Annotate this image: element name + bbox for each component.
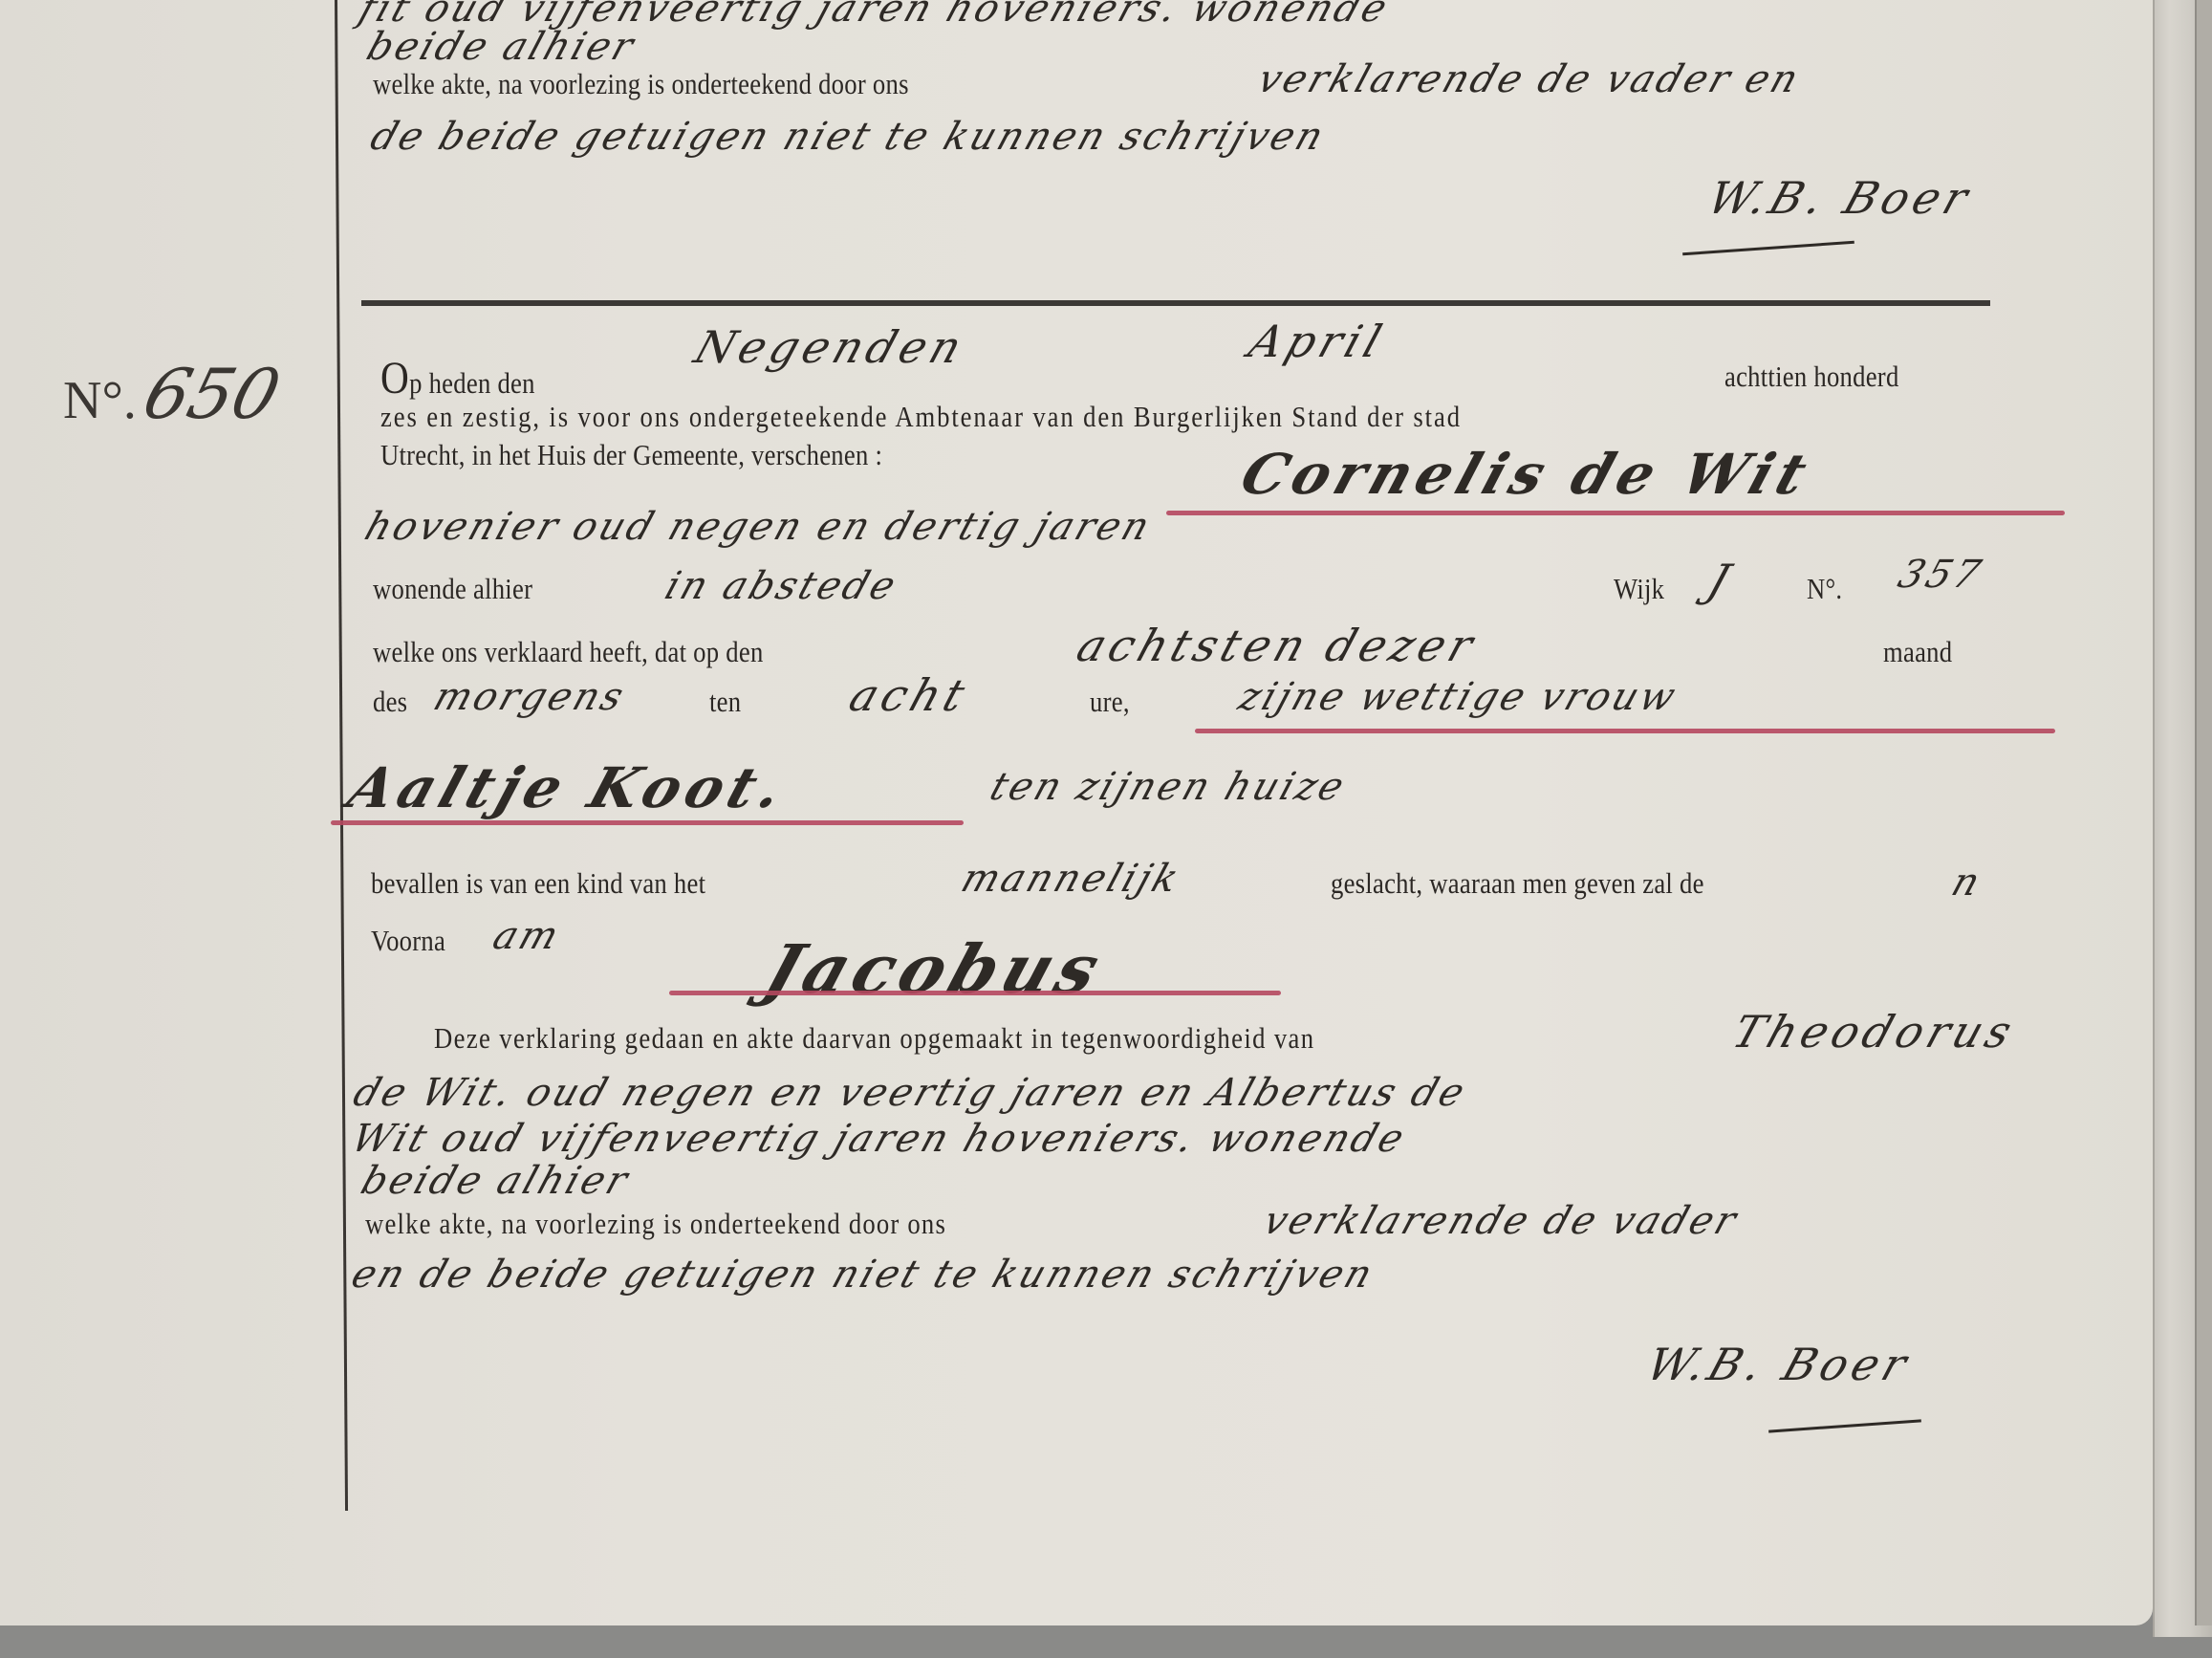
line1-printed-a: p heden den — [409, 366, 535, 400]
wife-underline — [1195, 729, 2055, 733]
hand-declarant: Cornelis de Wit — [1233, 442, 1820, 507]
entry-number-value: 650 — [136, 354, 289, 434]
hand-witnesses-line-3: beide alhier — [356, 1159, 636, 1203]
prev-printed-closing: welke akte, na voorlezing is onderteeken… — [373, 67, 909, 101]
page-edge-back — [2195, 0, 2212, 1625]
line7-printed-a: des — [373, 685, 407, 719]
prev-signature: W.B. Boer — [1702, 172, 1979, 224]
mother-underline — [331, 820, 964, 825]
hand-child-name: Jacobus — [755, 929, 1115, 1009]
line11-printed: Deze verklaring gedaan en akte daarvan o… — [434, 1021, 1314, 1056]
hand-month: April — [1243, 316, 1393, 367]
hand-witnesses-line-2: Wit oud vijfenveertig jaren hoveniers. w… — [346, 1117, 1412, 1161]
line7-printed-b: ten — [709, 685, 741, 719]
line7-printed-c: ure, — [1090, 685, 1130, 719]
line1-printed: Op heden den — [380, 352, 535, 404]
line6-printed-a: welke ons verklaard heeft, dat op den — [373, 635, 764, 669]
line5-printed-a: wonende alhier — [373, 572, 532, 606]
hand-day: Negenden — [688, 321, 973, 373]
hand-witnesses-line-1: de Wit. oud negen en veertig jaren en Al… — [348, 1071, 1473, 1115]
line10-printed: Voorna — [371, 924, 445, 958]
hand-mother: Aaltje Koot. — [340, 755, 796, 820]
hand-closing-1: verklarende de vader — [1258, 1199, 1745, 1243]
prev-hand-line-2: beide alhier — [361, 25, 641, 69]
line3-printed: Utrecht, in het Huis der Gemeente, versc… — [380, 438, 882, 472]
line9-printed-a: bevallen is van een kind van het — [371, 866, 705, 901]
line6-printed-b: maand — [1883, 635, 1952, 669]
hand-hour: acht — [843, 669, 976, 721]
hand-house-no: 357 — [1893, 553, 1988, 597]
hand-time-of-day: morgens — [428, 675, 632, 719]
line1-printed-b: achttien honderd — [1724, 360, 1899, 394]
prev-hand-closing-2: de beide getuigen niet te kunnen schrijv… — [365, 115, 1332, 159]
child-name-underline — [669, 991, 1281, 995]
prev-hand-closing-1: verklarende de vader en — [1252, 57, 1807, 101]
hand-occupation-age: hovenier oud negen en dertig jaren — [359, 505, 1158, 549]
hand-sex: mannelijk — [956, 857, 1186, 901]
line2-printed: zes en zestig, is voor ons ondergeteeken… — [380, 400, 1462, 434]
printed-no: N°. — [1807, 572, 1842, 606]
entry-separator — [361, 300, 1990, 306]
hand-address-in: in abstede — [660, 564, 903, 608]
line9-printed-b: geslacht, waaraan men geven zal de — [1331, 866, 1704, 901]
hand-wife: zijne wettige vrouw — [1233, 675, 1683, 719]
dropcap: O — [380, 353, 409, 404]
entry-number: N°.650 — [63, 354, 277, 434]
entry-number-label: N°. — [63, 371, 137, 430]
hand-closing-2: en de beide getuigen niet te kunnen schr… — [346, 1253, 1380, 1297]
printed-wijk: Wijk — [1614, 572, 1664, 606]
hand-witness-1: Theodorus — [1726, 1006, 2023, 1058]
line15-printed: welke akte, na voorlezing is onderteeken… — [365, 1207, 946, 1241]
hand-birth-date: achtsten dezer — [1071, 620, 1485, 671]
voornaam-printed: Voorna — [371, 924, 445, 957]
declarant-underline — [1166, 511, 2065, 515]
registrar-signature: W.B. Boer — [1640, 1339, 1918, 1390]
hand-place: ten zijnen huize — [985, 765, 1352, 809]
